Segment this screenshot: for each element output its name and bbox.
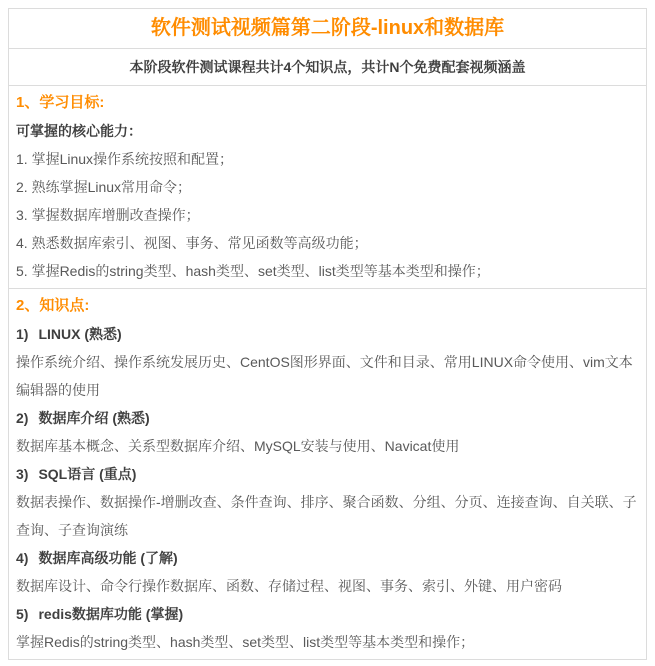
objective-item: 1. 掌握Linux操作系统按照和配置； <box>16 145 639 173</box>
title-row: 软件测试视频篇第二阶段-linux和数据库 <box>9 9 646 48</box>
course-outline-table: 软件测试视频篇第二阶段-linux和数据库 本阶段软件测试课程共计4个知识点，共… <box>8 8 647 660</box>
topic-number: 1) <box>16 326 28 342</box>
objective-item: 4. 熟悉数据库索引、视图、事务、常见函数等高级功能； <box>16 229 639 257</box>
topic-number: 3) <box>16 466 28 482</box>
page-title: 软件测试视频篇第二阶段-linux和数据库 <box>151 17 504 39</box>
page-subtitle: 本阶段软件测试课程共计4个知识点，共计N个免费配套视频涵盖 <box>130 59 526 75</box>
topic-detail-redis: 掌握Redis的string类型、hash类型、set类型、list类型等基本类… <box>16 628 639 656</box>
objective-item: 2. 熟练掌握Linux常用命令； <box>16 173 639 201</box>
knowledge-heading: 2、知识点: <box>16 292 639 320</box>
topic-title: 数据库高级功能 (了解) <box>38 550 177 566</box>
topic-number: 5) <box>16 606 28 622</box>
topic-heading-db-advanced: 4)数据库高级功能 (了解) <box>16 544 639 572</box>
topic-detail-db-intro: 数据库基本概念、关系型数据库介绍、MySQL安装与使用、Navicat使用 <box>16 432 639 460</box>
topic-heading-redis: 5)redis数据库功能 (掌握) <box>16 600 639 628</box>
learning-objectives-section: 1、学习目标: 可掌握的核心能力： 1. 掌握Linux操作系统按照和配置； 2… <box>9 85 646 288</box>
topic-heading-linux: 1)LINUX (熟悉) <box>16 320 639 348</box>
topic-heading-sql: 3)SQL语言 (重点) <box>16 460 639 488</box>
topic-detail-db-advanced: 数据库设计、命令行操作数据库、函数、存储过程、视图、事务、索引、外键、用户密码 <box>16 572 639 600</box>
objective-item: 5. 掌握Redis的string类型、hash类型、set类型、list类型等… <box>16 257 639 285</box>
objective-item: 3. 掌握数据库增删改查操作； <box>16 201 639 229</box>
topic-title: LINUX (熟悉) <box>38 326 121 342</box>
topic-number: 4) <box>16 550 28 566</box>
subtitle-row: 本阶段软件测试课程共计4个知识点，共计N个免费配套视频涵盖 <box>9 48 646 85</box>
topic-number: 2) <box>16 410 28 426</box>
topic-title: SQL语言 (重点) <box>38 466 136 482</box>
objectives-heading: 1、学习目标: <box>16 89 639 117</box>
topic-heading-db-intro: 2)数据库介绍 (熟悉) <box>16 404 639 432</box>
objectives-intro: 可掌握的核心能力： <box>16 117 639 145</box>
knowledge-points-section: 2、知识点: 1)LINUX (熟悉) 操作系统介绍、操作系统发展历史、Cent… <box>9 288 646 659</box>
topic-detail-linux: 操作系统介绍、操作系统发展历史、CentOS图形界面、文件和目录、常用LINUX… <box>16 348 639 404</box>
topic-title: 数据库介绍 (熟悉) <box>38 410 149 426</box>
topic-title: redis数据库功能 (掌握) <box>38 606 183 622</box>
topic-detail-sql: 数据表操作、数据操作-增删改查、条件查询、排序、聚合函数、分组、分页、连接查询、… <box>16 488 639 544</box>
